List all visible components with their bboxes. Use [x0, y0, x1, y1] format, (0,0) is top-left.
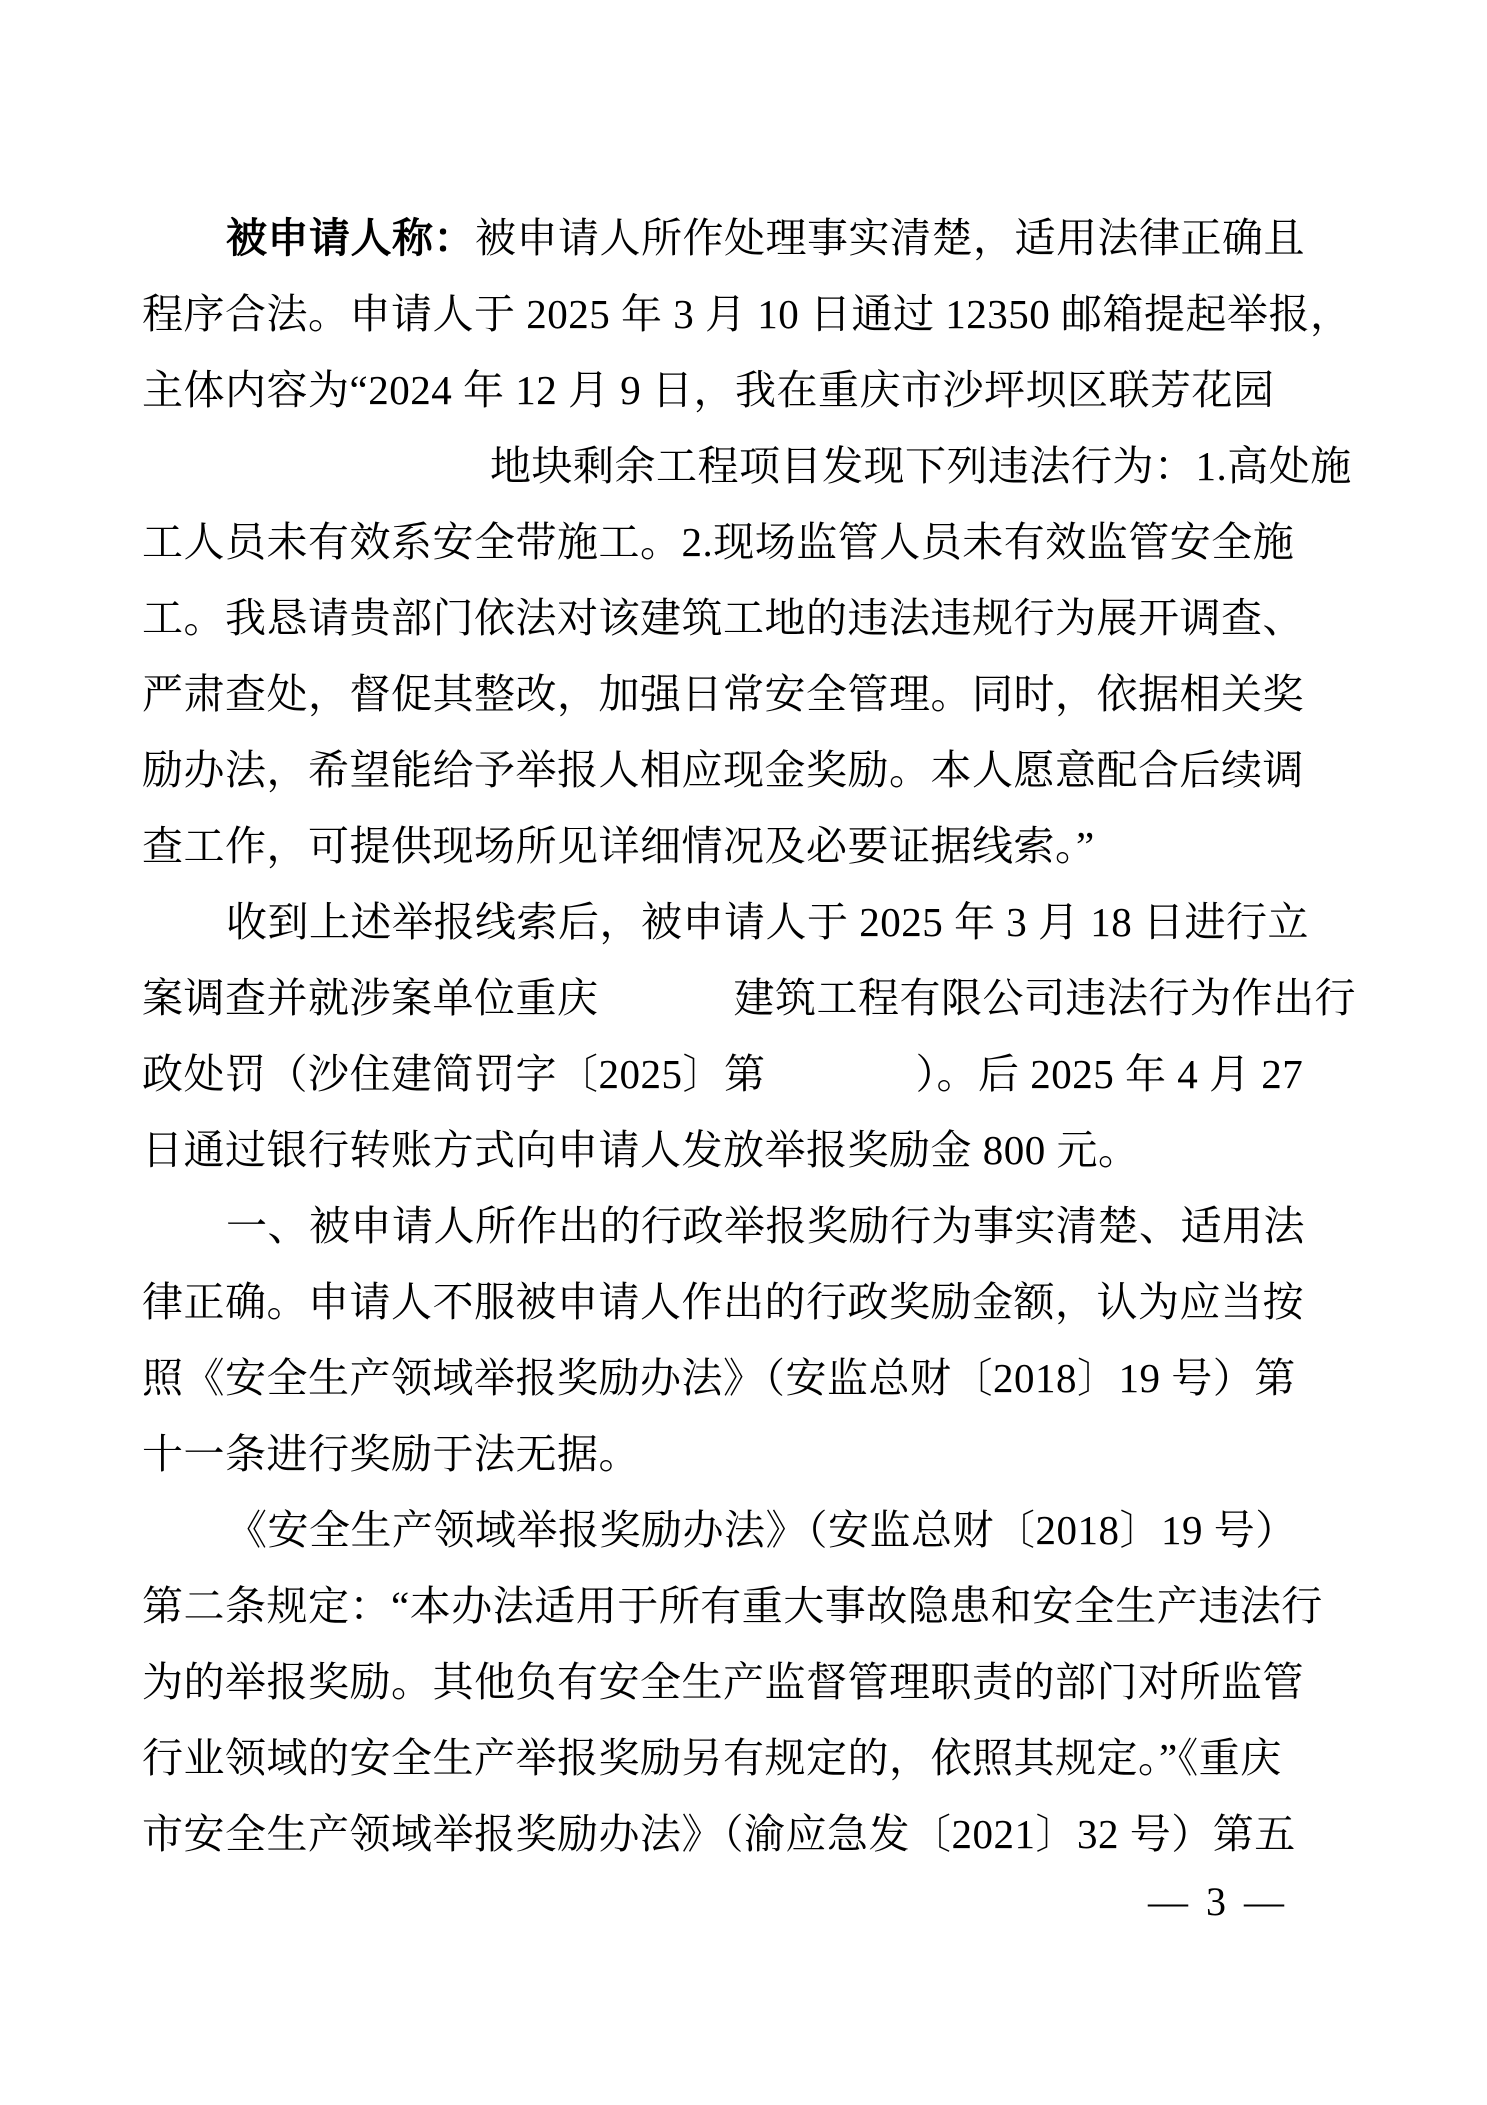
text-line: 励办法，希望能给予举报人相应现金奖励。本人愿意配合后续调	[142, 732, 1357, 808]
line-text: 一、被申请人所作出的行政举报奖励行为事实清楚、适用法	[226, 1203, 1305, 1249]
text-line: 律正确。申请人不服被申请人作出的行政奖励金额，认为应当按	[142, 1264, 1357, 1340]
text-line: 收到上述举报线索后，被申请人于 2025 年 3 月 18 日进行立	[142, 884, 1357, 960]
line-text: 行业领域的安全生产举报奖励另有规定的，依照其规定。”《重庆	[142, 1735, 1282, 1781]
line-text: 程序合法。申请人于 2025 年 3 月 10 日通过 12350 邮箱提起举报…	[142, 291, 1352, 337]
text-line: 《安全生产领域举报奖励办法》（安监总财〔2018〕19 号）	[142, 1492, 1357, 1568]
line-text: 为的举报奖励。其他负有安全生产监督管理职责的部门对所监管	[142, 1659, 1304, 1705]
line-text: 建筑工程有限公司违法行为作出行	[734, 975, 1357, 1021]
text-line: 程序合法。申请人于 2025 年 3 月 10 日通过 12350 邮箱提起举报…	[142, 276, 1357, 352]
text-line: 为的举报奖励。其他负有安全生产监督管理职责的部门对所监管	[142, 1644, 1357, 1720]
text-line: 主体内容为“2024 年 12 月 9 日，我在重庆市沙坪坝区联芳花园	[142, 352, 1357, 428]
line-text: 律正确。申请人不服被申请人作出的行政奖励金额，认为应当按	[142, 1279, 1304, 1325]
text-line-with-redaction: 案调查并就涉案单位重庆建筑工程有限公司违法行为作出行	[142, 960, 1357, 1036]
line-text: ）。后 2025 年 4 月 27	[916, 1051, 1304, 1097]
text-line: 市安全生产领域举报奖励办法》（渝应急发〔2021〕32 号）第五	[142, 1796, 1357, 1872]
line-text: 案调查并就涉案单位重庆	[142, 975, 599, 1021]
redaction-blank	[142, 479, 490, 480]
line-text: 地块剩余工程项目发现下列违法行为：1.高处施	[490, 443, 1352, 489]
line-text: 收到上述举报线索后，被申请人于 2025 年 3 月 18 日进行立	[226, 899, 1309, 945]
line-text: 主体内容为“2024 年 12 月 9 日，我在重庆市沙坪坝区联芳花园	[142, 367, 1274, 413]
redaction-blank	[599, 1011, 734, 1012]
document-page: 被申请人称：被申请人所作处理事实清楚，适用法律正确且 程序合法。申请人于 202…	[0, 0, 1487, 2105]
line-text: 严肃查处，督促其整改，加强日常安全管理。同时，依据相关奖	[142, 671, 1304, 717]
text-line: 工人员未有效系安全带施工。2.现场监管人员未有效监管安全施	[142, 504, 1357, 580]
text-line: 行业领域的安全生产举报奖励另有规定的，依照其规定。”《重庆	[142, 1720, 1357, 1796]
text-line: 日通过银行转账方式向申请人发放举报奖励金 800 元。	[142, 1112, 1357, 1188]
line-text: 查工作，可提供现场所见详细情况及必要证据线索。”	[142, 823, 1095, 869]
text-line-with-redaction: 政处罚（沙住建简罚字〔2025〕第）。后 2025 年 4 月 27	[142, 1036, 1357, 1112]
text-line: 查工作，可提供现场所见详细情况及必要证据线索。”	[142, 808, 1357, 884]
text-line: 第二条规定：“本办法适用于所有重大事故隐患和安全生产违法行	[142, 1568, 1357, 1644]
redaction-blank	[766, 1087, 916, 1088]
bold-lead-text: 被申请人称：	[226, 215, 475, 261]
line-text: 政处罚（沙住建简罚字〔2025〕第	[142, 1051, 766, 1097]
line-text: 照《安全生产领域举报奖励办法》（安监总财〔2018〕19 号）第	[142, 1355, 1296, 1401]
line-text: 日通过银行转账方式向申请人发放举报奖励金 800 元。	[142, 1127, 1140, 1173]
text-line: 一、被申请人所作出的行政举报奖励行为事实清楚、适用法	[142, 1188, 1357, 1264]
text-line: 被申请人称：被申请人所作处理事实清楚，适用法律正确且	[142, 200, 1357, 276]
line-text: 十一条进行奖励于法无据。	[142, 1431, 640, 1477]
line-text: 工人员未有效系安全带施工。2.现场监管人员未有效监管安全施	[142, 519, 1294, 565]
page-number: — 3 —	[1148, 1872, 1288, 1932]
text-line-with-redaction: 地块剩余工程项目发现下列违法行为：1.高处施	[142, 428, 1357, 504]
line-text: 《安全生产领域举报奖励办法》（安监总财〔2018〕19 号）	[226, 1507, 1297, 1553]
text-block: 被申请人称：被申请人所作处理事实清楚，适用法律正确且 程序合法。申请人于 202…	[142, 200, 1357, 1872]
line-text: 工。我恳请贵部门依法对该建筑工地的违法违规行为展开调查、	[142, 595, 1304, 641]
text-line: 照《安全生产领域举报奖励办法》（安监总财〔2018〕19 号）第	[142, 1340, 1357, 1416]
line-text: 励办法，希望能给予举报人相应现金奖励。本人愿意配合后续调	[142, 747, 1304, 793]
text-line: 工。我恳请贵部门依法对该建筑工地的违法违规行为展开调查、	[142, 580, 1357, 656]
text-line: 严肃查处，督促其整改，加强日常安全管理。同时，依据相关奖	[142, 656, 1357, 732]
line-text: 市安全生产领域举报奖励办法》（渝应急发〔2021〕32 号）第五	[142, 1811, 1296, 1857]
line-text: 被申请人所作处理事实清楚，适用法律正确且	[475, 215, 1305, 261]
line-text: 第二条规定：“本办法适用于所有重大事故隐患和安全生产违法行	[142, 1583, 1323, 1629]
text-line: 十一条进行奖励于法无据。	[142, 1416, 1357, 1492]
